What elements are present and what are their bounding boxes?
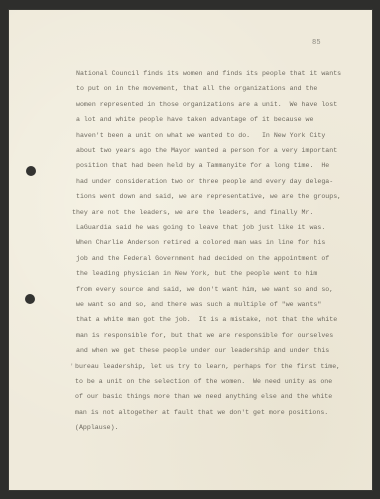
punch-hole-top [26, 166, 36, 176]
text-line: (Applause). [75, 424, 119, 432]
text-line: a lot and white people have taken advant… [76, 116, 313, 124]
text-line: job and the Federal Government had decid… [76, 255, 329, 263]
text-line: of our basic things more than we need an… [75, 393, 332, 401]
punch-hole-bottom [25, 294, 35, 304]
margin-mark: ' [70, 363, 74, 370]
text-line: haven't been a unit on what we wanted to… [76, 132, 325, 140]
text-line: they are not the leaders, we are the lea… [72, 209, 313, 217]
text-line: had under consideration two or three peo… [76, 178, 333, 186]
text-line: bureau leadership, let us try to learn, … [75, 363, 340, 371]
text-line: man is responsible for, but that we are … [76, 332, 333, 340]
text-line: women represented in those organizations… [76, 101, 337, 109]
text-line: position that had been held by a Tammany… [76, 162, 329, 170]
page-number: 85 [312, 39, 321, 47]
text-line: from every source and said, we don't wan… [76, 286, 333, 294]
text-line: we want so and so, and there was such a … [76, 301, 321, 309]
text-line: National Council finds its women and fin… [76, 70, 341, 78]
document-page: 85 ' National Council finds its women an… [9, 10, 372, 490]
text-line: about two years ago the Mayor wanted a p… [76, 147, 337, 155]
text-line: When Charlie Anderson retired a colored … [76, 239, 325, 247]
text-line: man is not altogether at fault that we d… [75, 409, 328, 417]
text-line: to be a unit on the selection of the wom… [75, 378, 332, 386]
text-line: the leading physician in New York, but t… [76, 270, 317, 278]
text-line: that a white man got the job. It is a mi… [76, 316, 337, 324]
text-line: LaGuardia said he was going to leave tha… [76, 224, 325, 232]
text-line: tions went down and said, we are represe… [76, 193, 341, 201]
text-line: and when we get these people under our l… [76, 347, 329, 355]
text-line: to put on in the movement, that all the … [76, 85, 317, 93]
